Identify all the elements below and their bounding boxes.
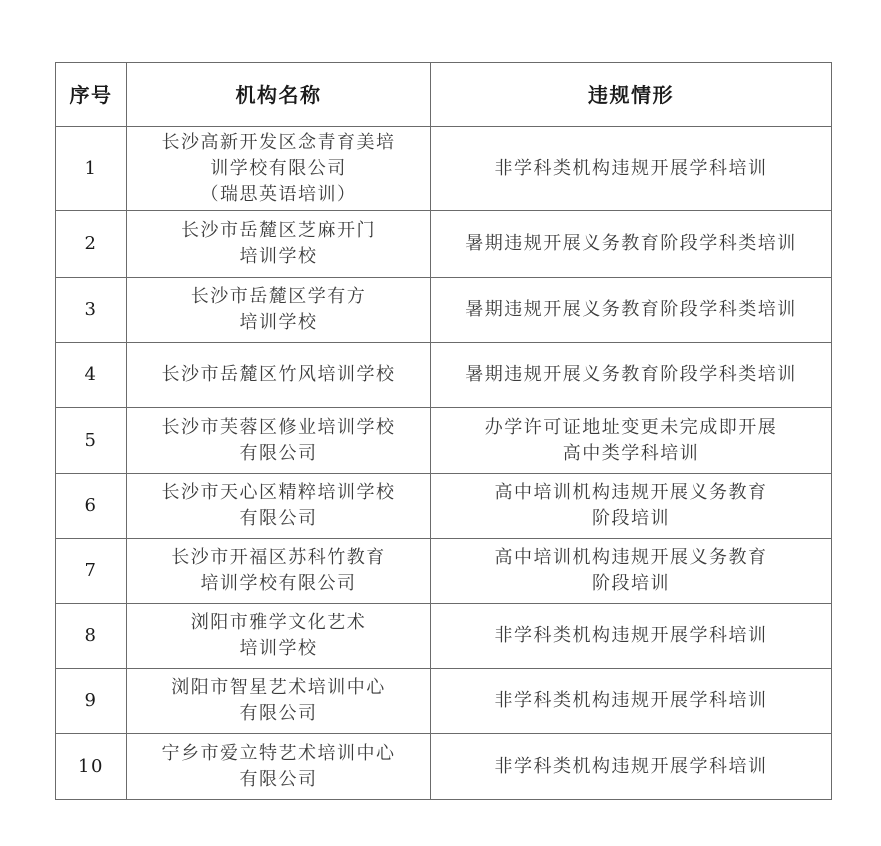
violation-line: 高中培训机构违规开展义务教育	[435, 545, 827, 571]
violation-line: 非学科类机构违规开展学科培训	[435, 688, 827, 714]
violation-line: 高中培训机构违规开展义务教育	[435, 480, 827, 506]
institution-name-line: 长沙市天心区精粹培训学校	[131, 480, 426, 506]
institution-name-line: 培训学校	[131, 310, 426, 336]
violation-cell: 暑期违规开展义务教育阶段学科类培训	[431, 278, 832, 343]
table-row: 3长沙市岳麓区学有方培训学校暑期违规开展义务教育阶段学科类培训	[56, 278, 832, 343]
row-index: 10	[56, 734, 127, 800]
institution-name-cell: 长沙高新开发区念青育美培训学校有限公司（瑞思英语培训）	[127, 127, 431, 211]
violation-line: 非学科类机构违规开展学科培训	[435, 754, 827, 780]
row-index: 9	[56, 669, 127, 734]
table-row: 8浏阳市雅学文化艺术培训学校非学科类机构违规开展学科培训	[56, 604, 832, 669]
table-row: 2长沙市岳麓区芝麻开门培训学校暑期违规开展义务教育阶段学科类培训	[56, 211, 832, 278]
institution-name-line: 培训学校有限公司	[131, 571, 426, 597]
violation-line: 办学许可证地址变更未完成即开展	[435, 415, 827, 441]
row-index: 8	[56, 604, 127, 669]
institution-name-line: 长沙市芙蓉区修业培训学校	[131, 415, 426, 441]
table-row: 7长沙市开福区苏科竹教育培训学校有限公司高中培训机构违规开展义务教育阶段培训	[56, 539, 832, 604]
violation-cell: 非学科类机构违规开展学科培训	[431, 669, 832, 734]
table-header-row: 序号 机构名称 违规情形	[56, 63, 832, 127]
institution-name-cell: 长沙市芙蓉区修业培训学校有限公司	[127, 408, 431, 474]
institution-name-line: 有限公司	[131, 441, 426, 467]
violation-line: 非学科类机构违规开展学科培训	[435, 623, 827, 649]
violation-cell: 非学科类机构违规开展学科培训	[431, 127, 832, 211]
institution-name-line: 宁乡市爱立特艺术培训中心	[131, 741, 426, 767]
table-row: 10宁乡市爱立特艺术培训中心有限公司非学科类机构违规开展学科培训	[56, 734, 832, 800]
institution-name-line: 有限公司	[131, 701, 426, 727]
table-row: 1长沙高新开发区念青育美培训学校有限公司（瑞思英语培训）非学科类机构违规开展学科…	[56, 127, 832, 211]
institution-name-line: 长沙市开福区苏科竹教育	[131, 545, 426, 571]
violation-line: 暑期违规开展义务教育阶段学科类培训	[435, 362, 827, 388]
row-index: 2	[56, 211, 127, 278]
row-index: 5	[56, 408, 127, 474]
institution-name-line: 训学校有限公司	[131, 156, 426, 182]
table-body: 1长沙高新开发区念青育美培训学校有限公司（瑞思英语培训）非学科类机构违规开展学科…	[56, 127, 832, 800]
institution-name-cell: 长沙市岳麓区竹风培训学校	[127, 343, 431, 408]
institution-name-line: 培训学校	[131, 636, 426, 662]
institution-name-line: 长沙市岳麓区学有方	[131, 284, 426, 310]
institution-name-cell: 长沙市开福区苏科竹教育培训学校有限公司	[127, 539, 431, 604]
header-institution-name: 机构名称	[127, 63, 431, 127]
institution-name-cell: 浏阳市雅学文化艺术培训学校	[127, 604, 431, 669]
institution-name-line: 浏阳市智星艺术培训中心	[131, 675, 426, 701]
institution-name-cell: 长沙市岳麓区学有方培训学校	[127, 278, 431, 343]
institution-name-cell: 长沙市天心区精粹培训学校有限公司	[127, 474, 431, 539]
violation-line: 暑期违规开展义务教育阶段学科类培训	[435, 297, 827, 323]
institution-name-line: 长沙市岳麓区竹风培训学校	[131, 362, 426, 388]
institution-name-cell: 宁乡市爱立特艺术培训中心有限公司	[127, 734, 431, 800]
header-violation: 违规情形	[431, 63, 832, 127]
violation-cell: 办学许可证地址变更未完成即开展高中类学科培训	[431, 408, 832, 474]
violation-cell: 暑期违规开展义务教育阶段学科类培训	[431, 343, 832, 408]
violation-line: 阶段培训	[435, 506, 827, 532]
row-index: 1	[56, 127, 127, 211]
institution-name-cell: 浏阳市智星艺术培训中心有限公司	[127, 669, 431, 734]
institution-name-cell: 长沙市岳麓区芝麻开门培训学校	[127, 211, 431, 278]
row-index: 6	[56, 474, 127, 539]
table-row: 5长沙市芙蓉区修业培训学校有限公司办学许可证地址变更未完成即开展高中类学科培训	[56, 408, 832, 474]
row-index: 4	[56, 343, 127, 408]
row-index: 3	[56, 278, 127, 343]
violation-cell: 高中培训机构违规开展义务教育阶段培训	[431, 539, 832, 604]
violations-table: 序号 机构名称 违规情形 1长沙高新开发区念青育美培训学校有限公司（瑞思英语培训…	[55, 62, 832, 800]
violation-line: 高中类学科培训	[435, 441, 827, 467]
institution-name-line: （瑞思英语培训）	[131, 182, 426, 208]
institution-name-line: 培训学校	[131, 244, 426, 270]
table-row: 4长沙市岳麓区竹风培训学校暑期违规开展义务教育阶段学科类培训	[56, 343, 832, 408]
violation-line: 非学科类机构违规开展学科培训	[435, 156, 827, 182]
table-row: 6长沙市天心区精粹培训学校有限公司高中培训机构违规开展义务教育阶段培训	[56, 474, 832, 539]
violation-cell: 高中培训机构违规开展义务教育阶段培训	[431, 474, 832, 539]
institution-name-line: 有限公司	[131, 506, 426, 532]
violation-cell: 暑期违规开展义务教育阶段学科类培训	[431, 211, 832, 278]
violation-cell: 非学科类机构违规开展学科培训	[431, 604, 832, 669]
table-row: 9浏阳市智星艺术培训中心有限公司非学科类机构违规开展学科培训	[56, 669, 832, 734]
institution-name-line: 浏阳市雅学文化艺术	[131, 610, 426, 636]
violation-line: 阶段培训	[435, 571, 827, 597]
row-index: 7	[56, 539, 127, 604]
institution-name-line: 长沙市岳麓区芝麻开门	[131, 218, 426, 244]
institution-name-line: 有限公司	[131, 767, 426, 793]
header-index: 序号	[56, 63, 127, 127]
violation-line: 暑期违规开展义务教育阶段学科类培训	[435, 231, 827, 257]
violation-cell: 非学科类机构违规开展学科培训	[431, 734, 832, 800]
institution-name-line: 长沙高新开发区念青育美培	[131, 130, 426, 156]
